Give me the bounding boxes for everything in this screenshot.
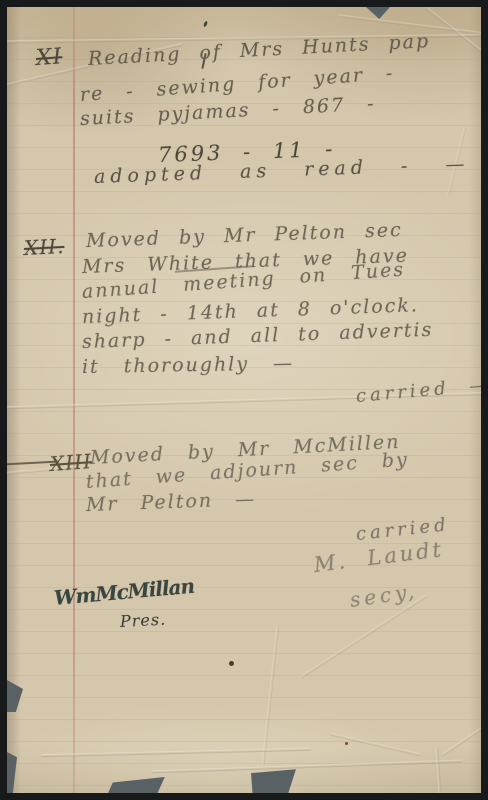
notebook-page: XI Reading of Mrs Hunts pap re - sewing … [7,7,481,793]
scan-frame: XI Reading of Mrs Hunts pap re - sewing … [0,0,488,800]
ink-speck [345,742,348,745]
ink-speck [229,661,234,666]
handwriting-line: it thoroughly — [82,352,294,378]
section-numeral-xii: XII. [23,234,65,260]
red-margin-line [73,7,75,793]
president-title: Pres. [120,610,167,631]
section-numeral-xi: XI [35,44,63,71]
